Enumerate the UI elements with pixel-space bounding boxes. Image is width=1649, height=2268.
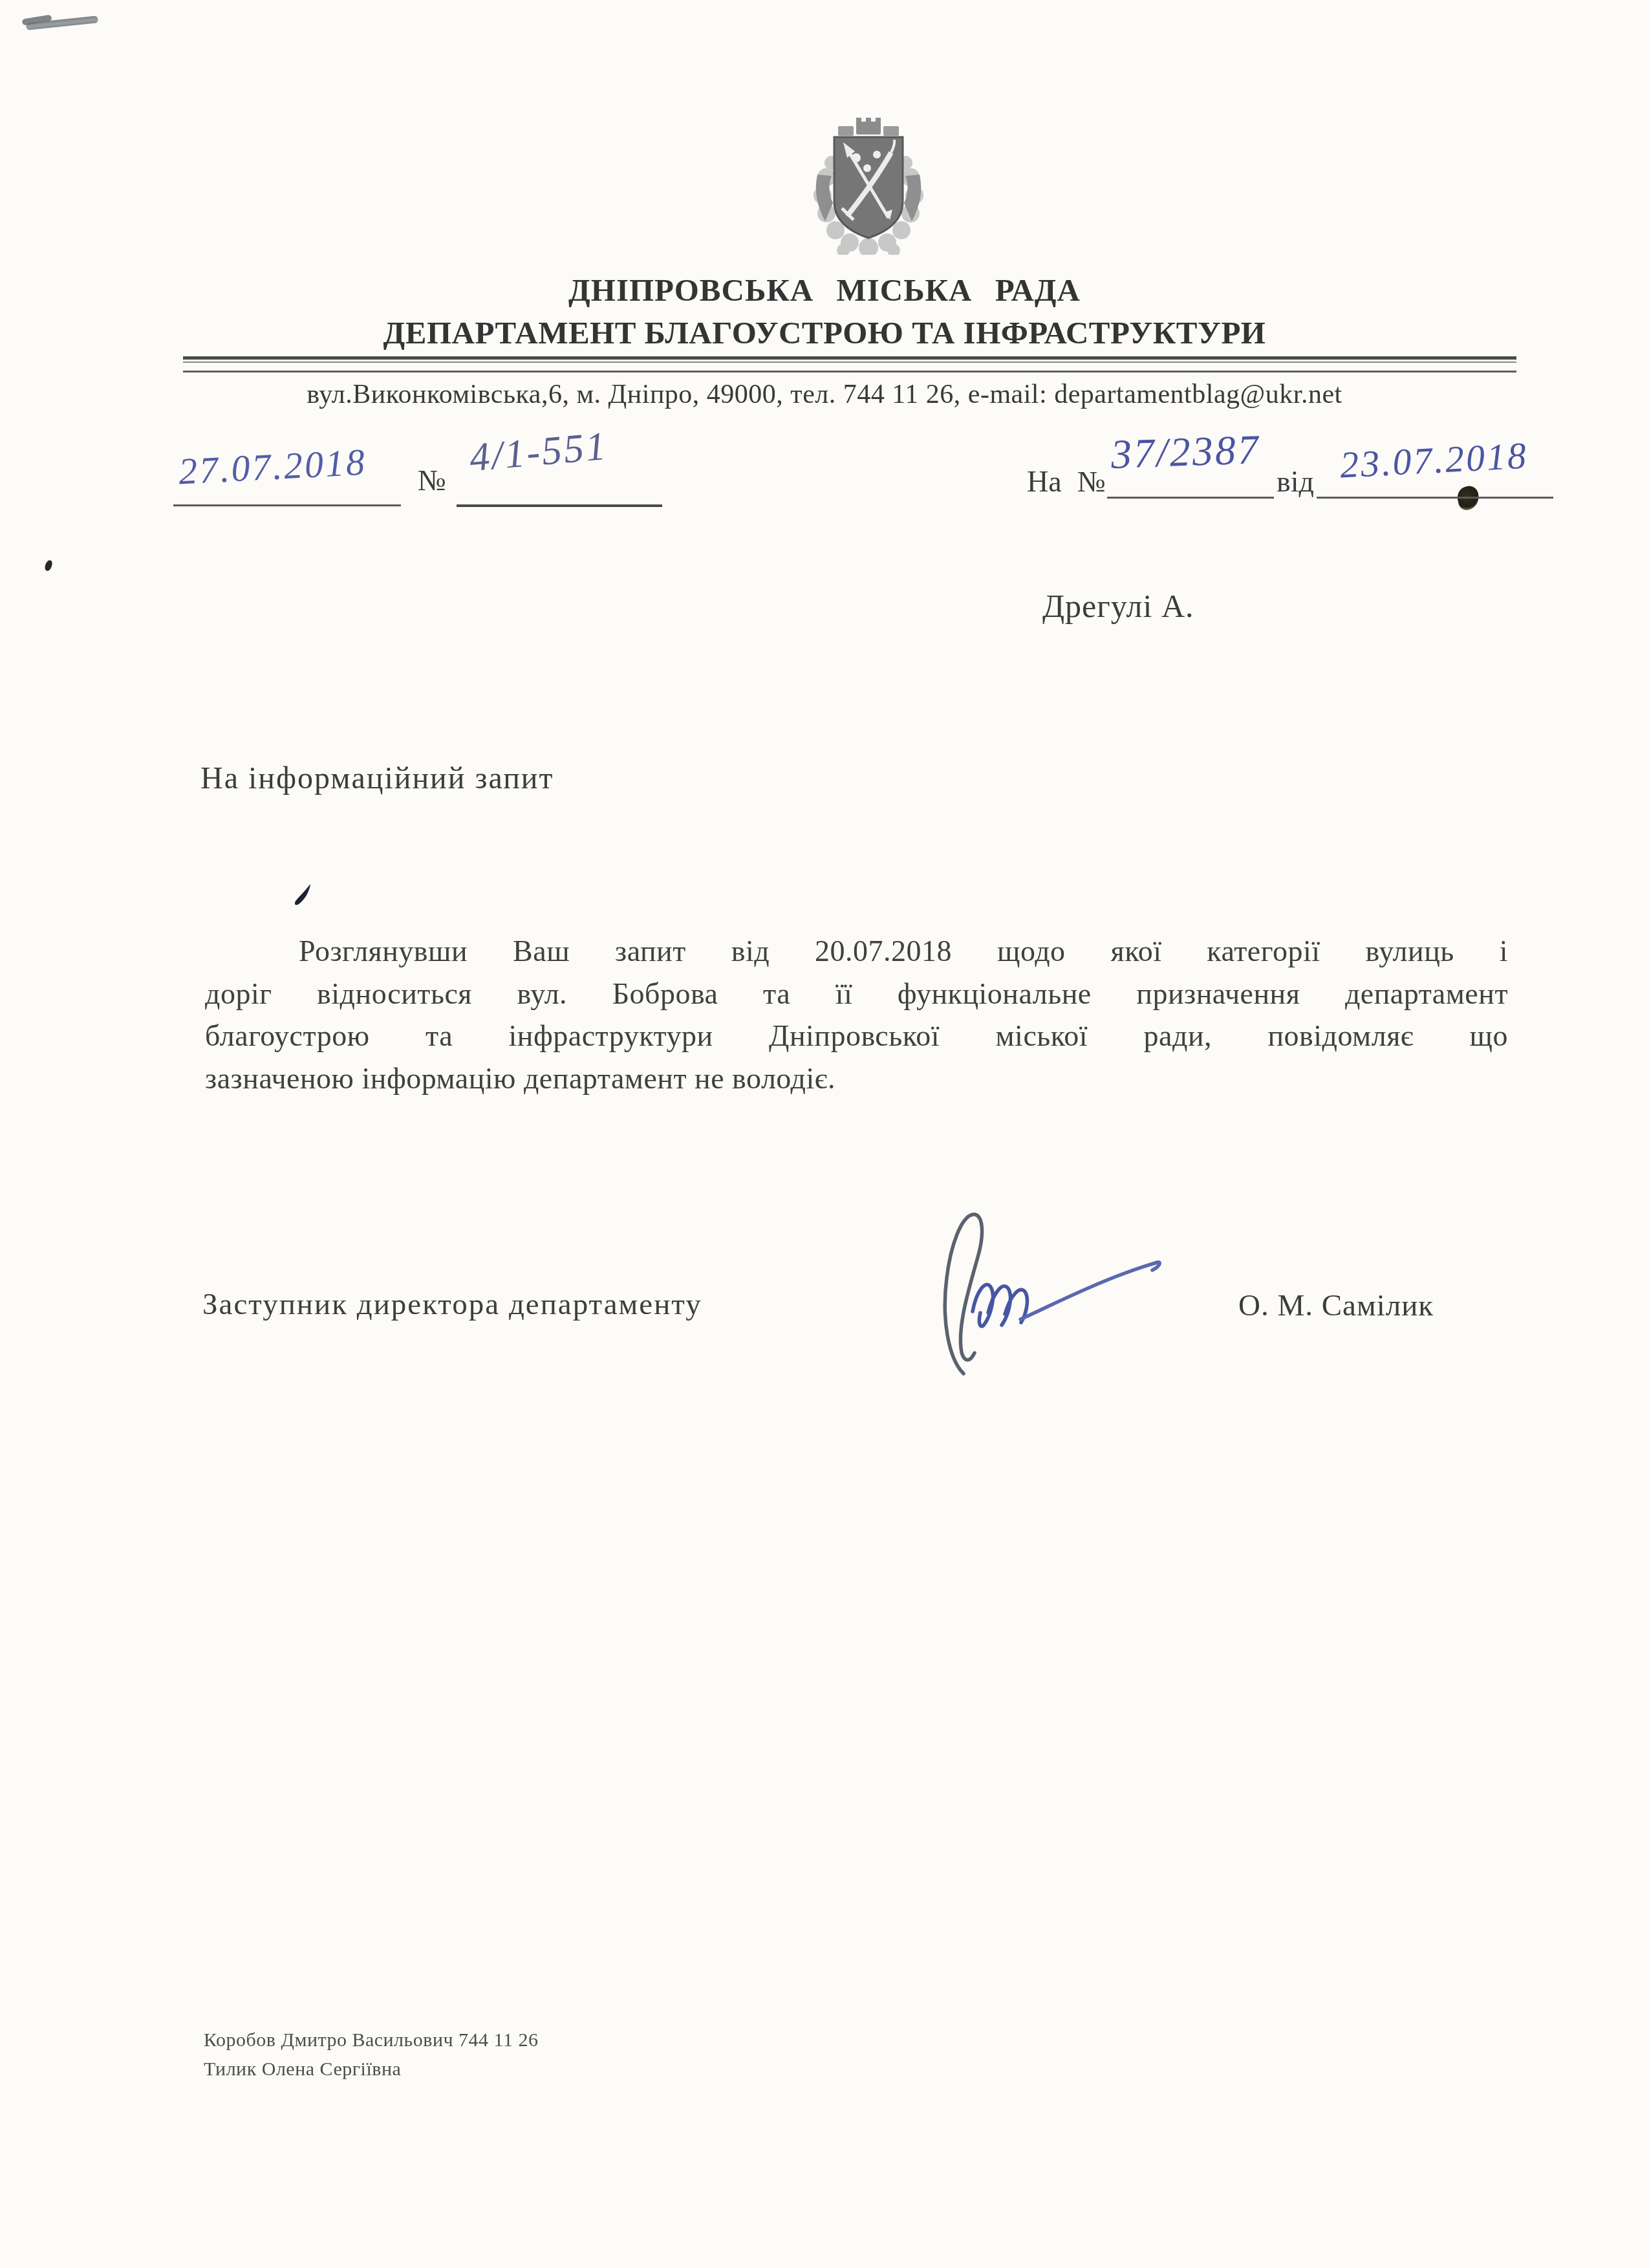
handwritten-incoming-date: 23.07.2018 xyxy=(1339,433,1529,486)
letter-body: Розглянувши Ваш запит від 20.07.2018 щод… xyxy=(205,930,1508,1099)
footer-contacts: Коробов Дмитро Васильович 744 11 26 Тили… xyxy=(204,2025,538,2084)
org-name-department: ДЕПАРТАМЕНТ БЛАГОУСТРОЮ ТА ІНФРАСТРУКТУР… xyxy=(0,314,1649,351)
body-line: Розглянувши Ваш запит від 20.07.2018 щод… xyxy=(205,930,1508,973)
recipient-name: Дрегулі А. xyxy=(1042,587,1194,625)
body-line: зазначеною інформацію департамент не вол… xyxy=(205,1057,1508,1100)
outgoing-date-underline xyxy=(173,504,401,506)
incoming-number-underline xyxy=(1107,497,1274,499)
dnipro-coat-of-arms-emblem xyxy=(810,118,927,255)
incoming-na-label: На xyxy=(1027,464,1062,499)
handwritten-outgoing-date: 27.07.2018 xyxy=(177,440,367,493)
org-address-line: вул.Виконкомівська,6, м. Дніпро, 49000, … xyxy=(0,379,1649,410)
incoming-date-underline xyxy=(1317,497,1553,499)
footer-contact-line: Тилик Олена Сергіївна xyxy=(204,2055,538,2084)
signatory-title: Заступник директора департаменту xyxy=(202,1287,702,1322)
scanned-letter-page: ДНІПРОВСЬКА МІСЬКА РАДА ДЕПАРТАМЕНТ БЛАГ… xyxy=(0,0,1649,2268)
handwritten-incoming-number: 37/2387 xyxy=(1110,426,1261,479)
footer-contact-line: Коробов Дмитро Васильович 744 11 26 xyxy=(204,2025,538,2055)
org-name-council: ДНІПРОВСЬКА МІСЬКА РАДА xyxy=(0,272,1649,308)
ink-hook-mark xyxy=(292,883,314,909)
handwritten-signature xyxy=(900,1204,1178,1380)
incoming-vid-label: від xyxy=(1277,464,1314,499)
signatory-name: О. М. Самілик xyxy=(1238,1288,1434,1323)
subject-line: На інформаційний запит xyxy=(200,761,554,796)
outgoing-number-underline xyxy=(457,504,662,507)
body-line: благоустрою та інфраструктури Дніпровськ… xyxy=(205,1015,1508,1057)
scan-artifact-speck xyxy=(44,559,53,572)
header-divider-thick xyxy=(183,356,1516,360)
body-line: доріг відноситься вул. Боброва та її фун… xyxy=(205,973,1508,1015)
incoming-number-sign: № xyxy=(1077,464,1106,499)
handwritten-outgoing-number: 4/1-551 xyxy=(468,424,609,481)
outgoing-number-sign: № xyxy=(418,463,446,497)
header-divider-thin xyxy=(183,371,1516,373)
